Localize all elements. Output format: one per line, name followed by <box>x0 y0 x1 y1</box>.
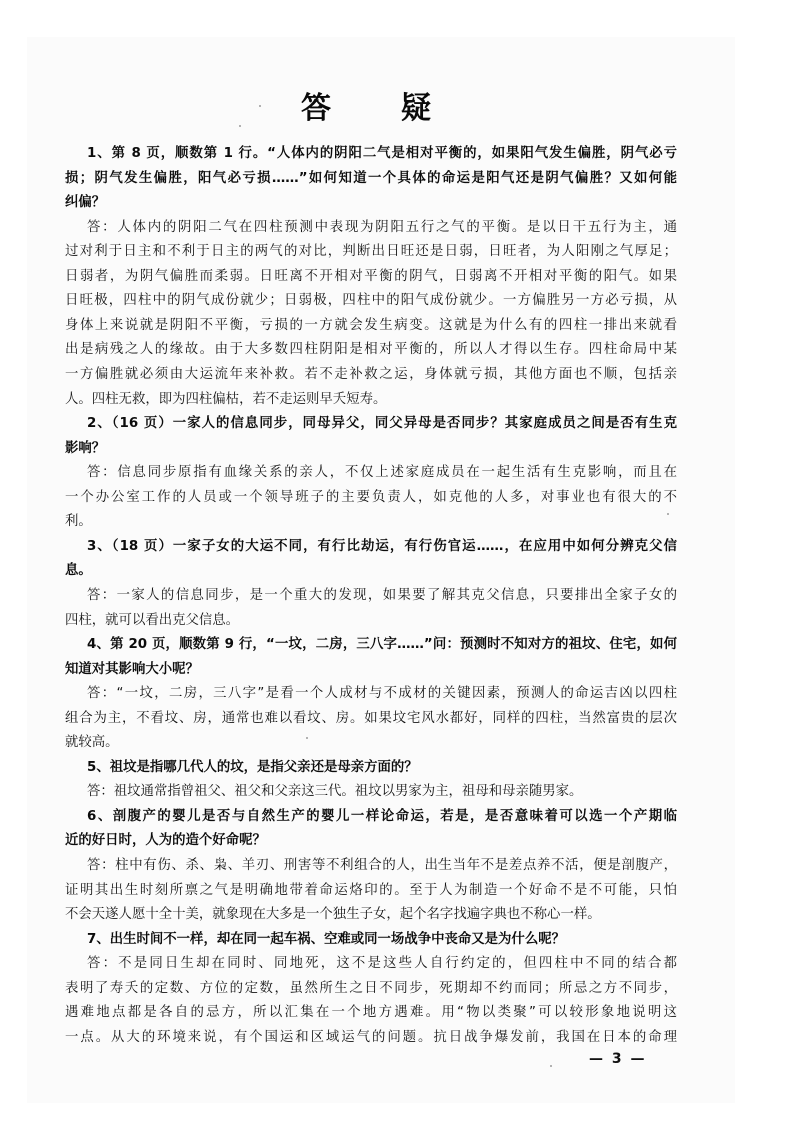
answer-line: 不会天遂人愿十全十美，就象现在大多是一个独生子女，起个名字找遍字典也不称心一样。 <box>65 906 677 924</box>
question-line: 损；阴气发生偏胜，阳气必亏损……”如何知道一个具体的命运是阳气还是阴气偏胜？又如… <box>65 170 677 188</box>
answer-line: 一方偏胜就必须由大运流年来补救。若不走补救之运，身体就亏损，其他方面也不顺，包括… <box>65 366 677 384</box>
scan-speck <box>239 125 241 127</box>
answer-line: 答：不是同日生却在同时、同地死，这不是这些人自行约定的，但四柱中不同的结合都 <box>87 955 677 973</box>
answer-line: 过对利于日主和不利于日主的两气的对比，判断出日旺还是日弱，日旺者，为人阳刚之气厚… <box>65 243 677 261</box>
scan-speck <box>550 1065 552 1067</box>
scan-speck <box>306 737 308 739</box>
question-line: 息。 <box>65 562 677 580</box>
answer-line: 答：人体内的阴阳二气在四柱预测中表现为阴阳五行之气的平衡。是以日干五行为主，通 <box>87 219 677 237</box>
question-line: 5、祖坟是指哪几代人的坟，是指父亲还是母亲方面的？ <box>87 759 677 777</box>
answer-line: 就较高。 <box>65 734 677 752</box>
answer-line: 一点。从大的环境来说，有个国运和区域运气的问题。抗日战争爆发前，我国在日本的命理 <box>65 1029 677 1047</box>
answer-line: 答：一家人的信息同步，是一个重大的发现，如果要了解其克父信息，只要排出全家子女的 <box>87 587 677 605</box>
answer-line: 答：“一坟，二房，三八字”是看一个人成材与不成材的关键因素，预测人的命运吉凶以四… <box>87 685 677 703</box>
question-line: 4、第 20 页，顺数第 9 行，“一坟，二房，三八字……”问：预测时不知对方的… <box>87 636 677 654</box>
question-line: 2、（16 页）一家人的信息同步，同母异父，同父异母是否同步？其家庭成员之间是否… <box>87 415 677 433</box>
question-line: 1、第 8 页，顺数第 1 行。“人体内的阴阳二气是相对平衡的，如果阳气发生偏胜… <box>87 145 677 163</box>
answer-line: 遇难地点都是各自的忌方，所以汇集在一个地方遇难。用“物以类聚”可以较形象地说明这 <box>65 1004 677 1022</box>
question-line: 7、出生时间不一样，却在同一起车祸、空难或同一场战争中丧命又是为什么呢？ <box>87 931 677 949</box>
answer-line: 人。四柱无救，即为四柱偏枯，若不走运则早夭短寿。 <box>65 391 677 409</box>
answer-line: 证明其出生时刻所禀之气是明确地带着命运烙印的。至于人为制造一个好命不是不可能，只… <box>65 882 677 900</box>
answer-line: 出是病残之人的缘故。由于大多数四柱阴阳是相对平衡的，所以人才得以生存。四柱命局中… <box>65 341 677 359</box>
answer-line: 日旺极，四柱中的阴气成份就少；日弱极，四柱中的阳气成份就少。一方偏胜另一方必亏损… <box>65 292 677 310</box>
answer-line: 表明了寿夭的定数、方位的定数，虽然所生之日不同步，死期却不约而同；所忌之方不同步… <box>65 980 677 998</box>
scan-speck <box>259 105 261 107</box>
question-line: 6、剖腹产的婴儿是否与自然生产的婴儿一样论命运，若是，是否意味着可以选一个产期临 <box>87 808 677 826</box>
answer-line: 答：信息同步原指有血缘关系的亲人，不仅上述家庭成员在一起生活有生克影响，而且在 <box>87 464 677 482</box>
answer-line: 利。 <box>65 513 677 531</box>
scanned-page: 答疑 1、第 8 页，顺数第 1 行。“人体内的阴阳二气是相对平衡的，如果阳气发… <box>27 37 735 1103</box>
question-line: 3、（18 页）一家子女的大运不同，有行比劫运，有行伤官运……，在应用中如何分辨… <box>87 538 677 556</box>
page-title: 答疑 <box>27 92 735 126</box>
answer-line: 一个办公室工作的人员或一个领导班子的主要负责人，如克他的人多，对事业也有很大的不 <box>65 489 677 507</box>
answer-line: 答：祖坟通常指曾祖父、祖父和父亲这三代。祖坟以男家为主，祖母和母亲随男家。 <box>87 783 677 801</box>
answer-line: 四柱，就可以看出克父信息。 <box>65 612 677 630</box>
page-number: — 3 — <box>589 1051 647 1067</box>
answer-line: 日弱者，为阴气偏胜而柔弱。日旺离不开相对平衡的阴气，日弱离不开相对平衡的阳气。如… <box>65 268 677 286</box>
answer-line: 答：柱中有伤、杀、枭、羊刃、刑害等不利组合的人，出生当年不是差点养不活，便是剖腹… <box>87 857 677 875</box>
scan-speck <box>667 513 669 515</box>
question-line: 影响？ <box>65 440 677 458</box>
answer-line: 身体上来说就是阴阳不平衡，亏损的一方就会发生病变。这就是为什么有的四柱一排出来就… <box>65 317 677 335</box>
question-line: 近的好日时，人为的造个好命呢？ <box>65 832 677 850</box>
scan-speck <box>438 862 440 864</box>
question-line: 知道对其影响大小呢？ <box>65 661 677 679</box>
question-line: 纠偏？ <box>65 194 677 212</box>
answer-line: 组合为主，不看坟、房，通常也难以看坟、房。如果坟宅风水都好，同样的四柱，当然富贵… <box>65 710 677 728</box>
